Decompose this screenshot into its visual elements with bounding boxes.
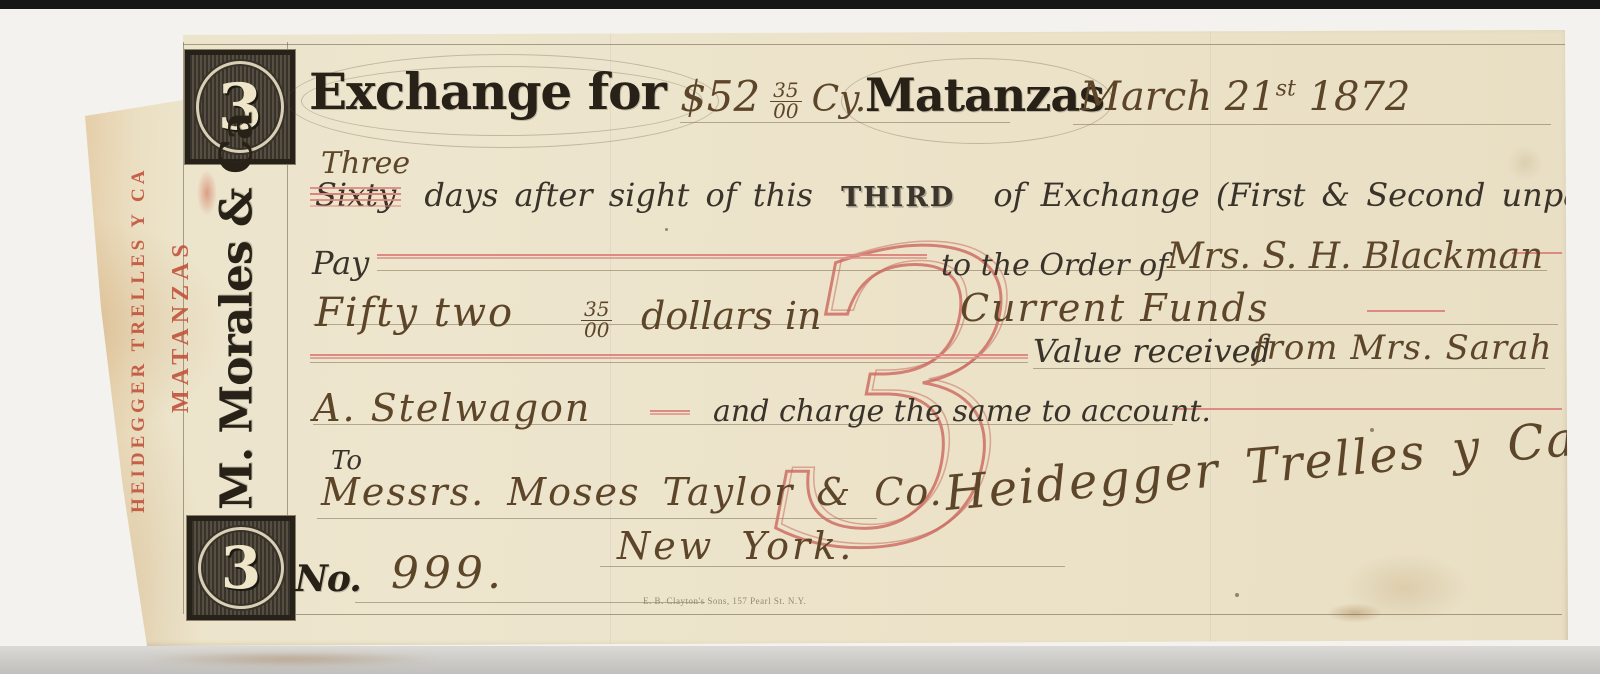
payee-name: Mrs. S. H. Blackman — [1167, 236, 1543, 277]
number-label: No. — [295, 558, 361, 600]
exchange-for-label: Exchange for — [309, 62, 666, 121]
bottom-rule — [287, 614, 1562, 615]
date-month-day: March 21 — [1080, 74, 1276, 120]
amount-fraction: 3500 — [581, 300, 612, 340]
pay-label: Pay — [312, 244, 369, 282]
value-clause: Value received — [1033, 332, 1271, 370]
paper-speck — [665, 228, 668, 231]
top-rule — [183, 44, 1565, 45]
date-suffix: st — [1276, 77, 1296, 102]
exchange-clause: of Exchange (First & Second unpaid) — [993, 176, 1600, 214]
scan-top-edge — [0, 0, 1600, 9]
from-words: from Mrs. Sarah — [1253, 328, 1552, 368]
place-label: Matanzas — [865, 68, 1104, 122]
denomination-numeral: 3 — [221, 534, 261, 602]
date-year: 1872 — [1309, 74, 1411, 120]
funds-trailing-dash — [1367, 310, 1445, 312]
copy-word: THIRD — [841, 182, 955, 213]
bill-paper: HEIDEGGER TRELLES Y CA MATANZAS 3 J. M. … — [25, 28, 1570, 648]
amount-figures: $52 — [680, 72, 760, 121]
paper-speck — [1235, 593, 1239, 597]
printer-imprint: E. B. Clayton's Sons, 157 Pearl St. N.Y. — [643, 596, 806, 606]
drawee-name: Messrs. Moses Taylor & Co. — [321, 470, 944, 514]
payer-dash — [650, 410, 690, 412]
scan-bottom-smear — [140, 652, 440, 666]
firm-name-vertical: J. M. Morales & Ca — [187, 154, 287, 514]
amount-words: Fifty two — [315, 290, 514, 336]
scanned-bill-of-exchange: HEIDEGGER TRELLES Y CA MATANZAS 3 J. M. … — [0, 0, 1600, 674]
amount-words-cont: dollars in — [641, 294, 822, 338]
amount-fraction: 3500 — [770, 81, 801, 121]
term-printed-crossed: Sixty — [315, 176, 396, 214]
sight-clause-row: Sixty days after sight of this THIRD of … — [315, 176, 1600, 214]
denomination-box-bottom: 3 — [187, 516, 295, 620]
baseline — [1073, 124, 1551, 125]
pay-blank-fill-line — [377, 254, 927, 256]
stamp-firm-vertical: HEIDEGGER TRELLES Y CA — [128, 163, 150, 513]
order-clause: to the Order of — [941, 248, 1168, 283]
drawee-city: New York. — [617, 524, 854, 568]
number-value: 999. — [391, 548, 505, 599]
amount-figures-group: $52 3500 Cy. — [680, 72, 866, 135]
currency-label: Cy. — [812, 79, 867, 120]
date-written: March 21st 1872 — [1080, 74, 1410, 120]
funds-words: Current Funds — [960, 286, 1269, 330]
sight-clause: days after sight of this — [424, 176, 813, 214]
charge-clause: and charge the same to account. — [713, 394, 1211, 429]
amount-words-fraction: 3500 — [581, 294, 612, 354]
payer-name: A. Stelwagon — [313, 386, 591, 430]
account-trailing-line — [1177, 408, 1562, 410]
value-blank-fill-line — [310, 354, 1028, 356]
